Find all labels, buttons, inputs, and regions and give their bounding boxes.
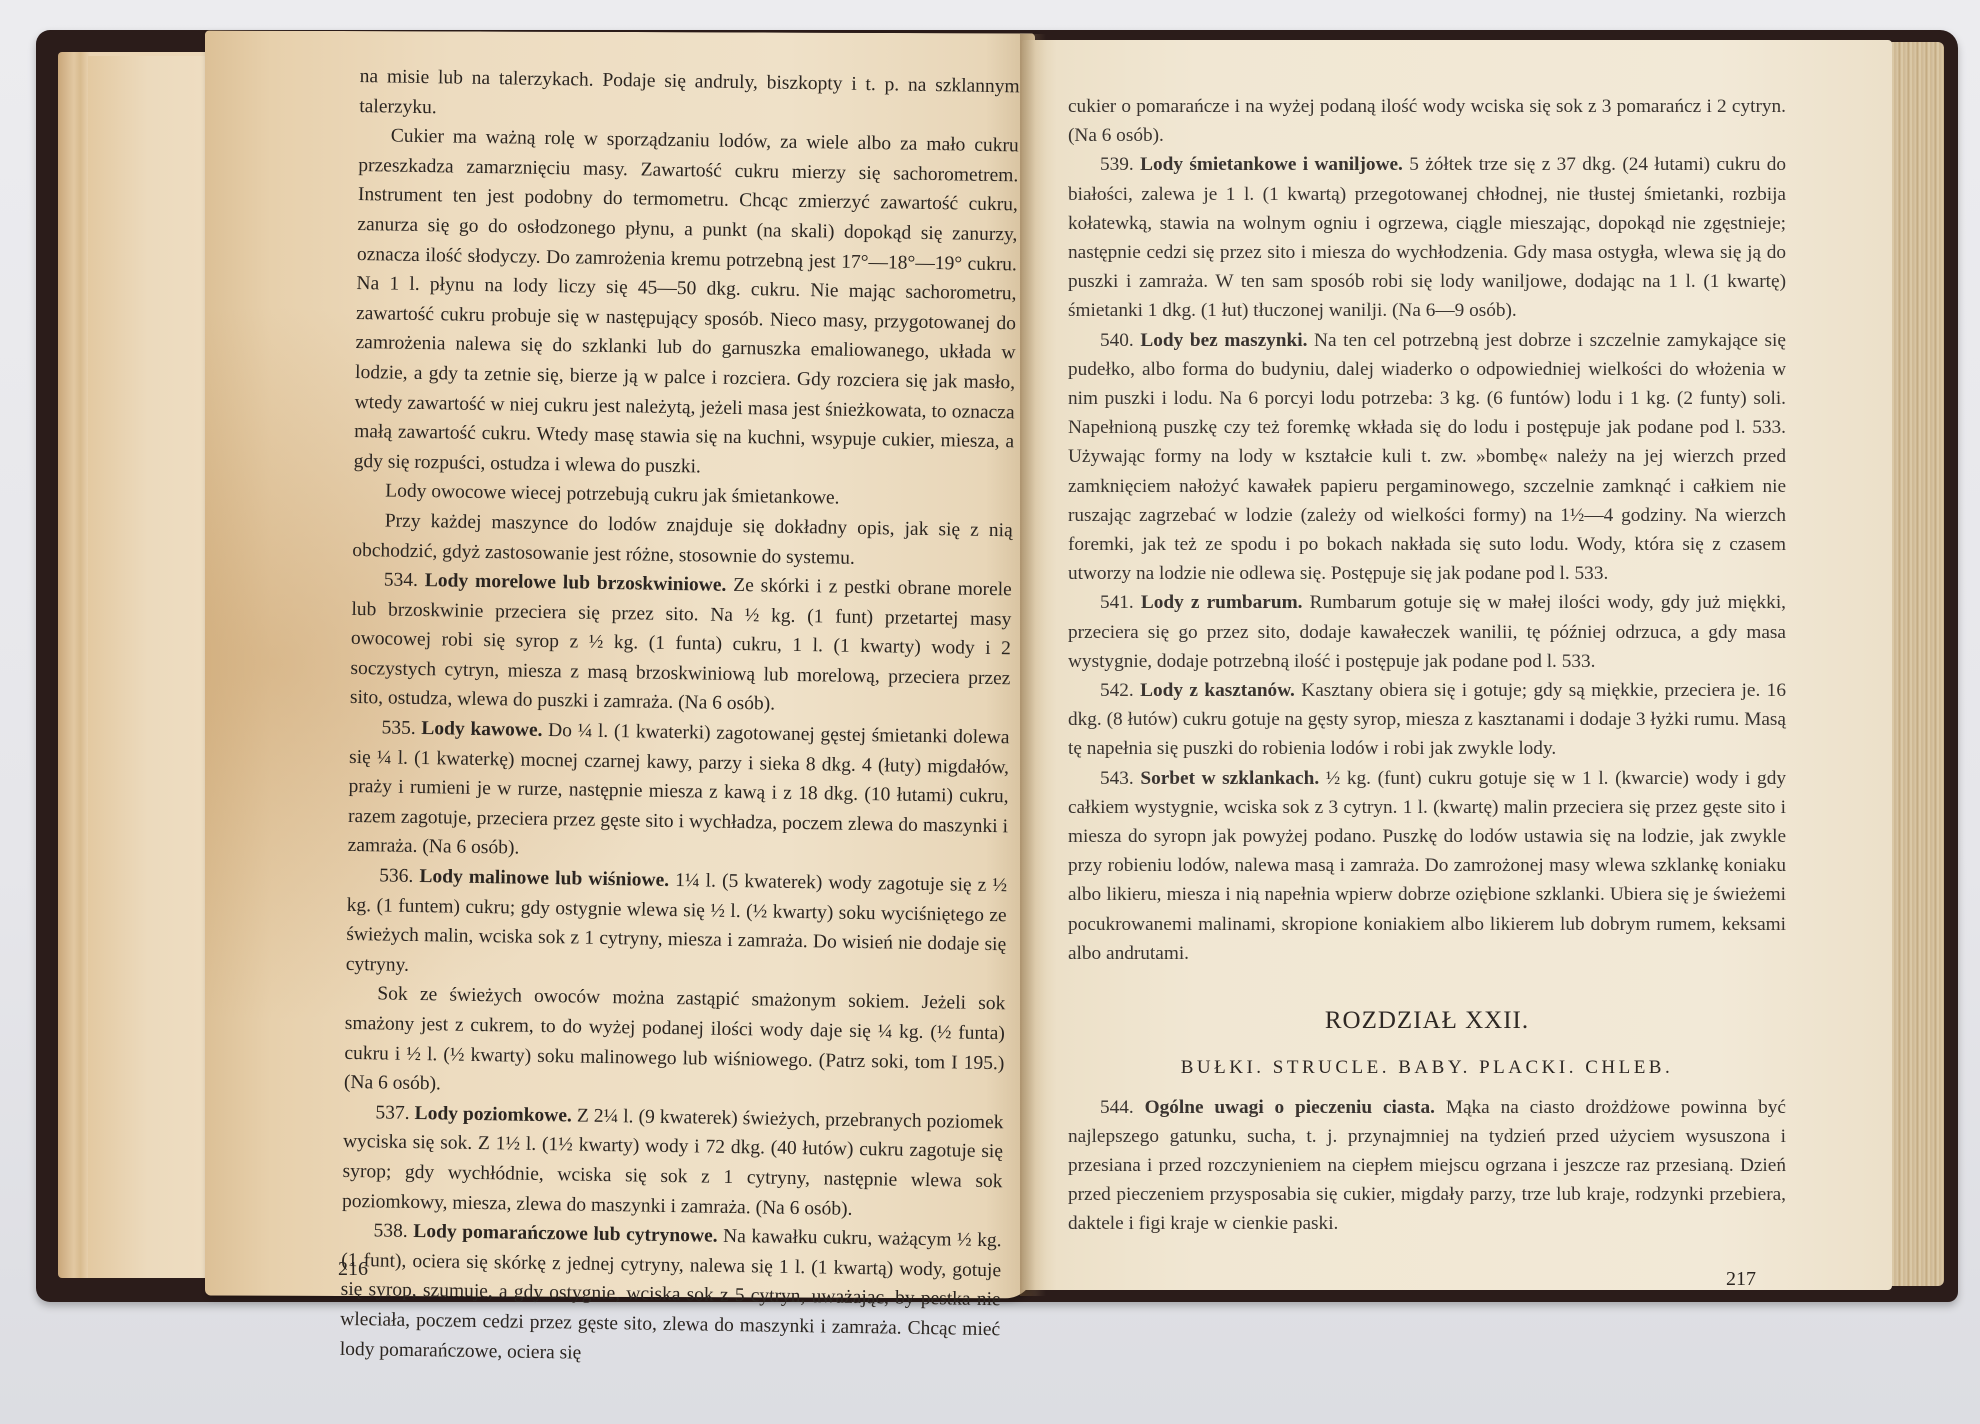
recipe-537: 537. Lody poziomkowe. Z 2¼ l. (9 kwatere… xyxy=(342,1098,1004,1227)
recipe-542: 542. Lody z kasztanów. Kasztany obiera s… xyxy=(1068,676,1786,764)
recipe-body: Ze skórki i z pestki obrane morele lub b… xyxy=(350,575,1012,715)
chapter-title: ROZDZIAŁ XXII. xyxy=(1068,1006,1786,1035)
chapter-subtitle: BUŁKI. STRUCLE. BABY. PLACKI. CHLEB. xyxy=(1068,1053,1786,1082)
recipe-heading: Lody śmietankowe i waniljowe. xyxy=(1140,154,1403,175)
right-page-text: cukier o pomarańcze i na wyżej podaną il… xyxy=(1068,92,1786,1239)
left-page-text: na misie lub na talerzykach. Podaje się … xyxy=(340,62,1020,1374)
recipe-534: 534. Lody morelowe lub brzoskwiniowe. Ze… xyxy=(350,565,1012,723)
recipe-number: 543. xyxy=(1100,768,1134,789)
recipe-heading: Lody z rumbarum. xyxy=(1141,592,1303,613)
recipe-body: Na ten cel potrzebną jest dobrze i szcze… xyxy=(1068,330,1786,585)
page-number-left: 216 xyxy=(338,1258,368,1281)
paragraph: Sok ze świeżych owoców można zastąpić sm… xyxy=(344,979,1006,1108)
recipe-number: 541. xyxy=(1100,592,1134,613)
recipe-heading: Lody malinowe lub wiśniowe. xyxy=(419,866,669,891)
recipe-number: 537. xyxy=(375,1102,409,1124)
page-number-right: 217 xyxy=(1726,1268,1756,1291)
recipe-number: 544. xyxy=(1100,1097,1134,1118)
recipe-541: 541. Lody z rumbarum. Rumbarum gotuje si… xyxy=(1068,588,1786,676)
recipe-heading: Lody z kasztanów. xyxy=(1140,680,1295,701)
recipe-number: 536. xyxy=(379,865,413,887)
recipe-539: 539. Lody śmietankowe i waniljowe. 5 żół… xyxy=(1068,150,1786,325)
recipe-number: 538. xyxy=(373,1221,407,1243)
paragraph: na misie lub na talerzykach. Podaje się … xyxy=(359,62,1020,132)
recipe-body: Do ¼ l. (1 kwaterki) zagotowanej gęstej … xyxy=(348,720,1010,859)
paragraph: cukier o pomarańcze i na wyżej podaną il… xyxy=(1068,92,1786,150)
recipe-540: 540. Lody bez maszynki. Na ten cel potrz… xyxy=(1068,326,1786,589)
book-photo: na misie lub na talerzykach. Podaje się … xyxy=(0,0,1980,1424)
recipe-number: 535. xyxy=(381,717,415,739)
book-gutter xyxy=(1020,34,1046,1296)
paragraph: Cukier ma ważną rolę w sporządzaniu lodó… xyxy=(353,121,1018,486)
recipe-544: 544. Ogólne uwagi o pieczeniu ciasta. Mą… xyxy=(1068,1093,1786,1239)
recipe-heading: Ogólne uwagi o pieczeniu ciasta. xyxy=(1145,1097,1435,1118)
recipe-538: 538. Lody pomarańczowe lub cytrynowe. Na… xyxy=(340,1216,1002,1374)
recipe-543: 543. Sorbet w szklankach. ½ kg. (funt) c… xyxy=(1068,764,1786,968)
recipe-body: ½ kg. (funt) cukru gotuje się w 1 l. (kw… xyxy=(1068,768,1786,964)
recipe-number: 540. xyxy=(1100,330,1134,351)
recipe-535: 535. Lody kawowe. Do ¼ l. (1 kwaterki) z… xyxy=(347,713,1009,871)
page-stack-right xyxy=(1886,42,1944,1286)
recipe-heading: Lody poziomkowe. xyxy=(414,1103,572,1126)
recipe-heading: Lody pomarańczowe lub cytrynowe. xyxy=(413,1221,718,1247)
recipe-536: 536. Lody malinowe lub wiśniowe. 1¼ l. (… xyxy=(346,861,1008,990)
recipe-body: 5 żółtek trze się z 37 dkg. (24 łutami) … xyxy=(1068,154,1786,321)
recipe-heading: Lody morelowe lub brzoskwiniowe. xyxy=(425,570,727,596)
recipe-heading: Lody kawowe. xyxy=(421,718,542,741)
recipe-number: 539. xyxy=(1100,154,1134,175)
recipe-number: 534. xyxy=(384,570,418,592)
recipe-heading: Sorbet w szklankach. xyxy=(1140,768,1319,789)
recipe-number: 542. xyxy=(1100,680,1134,701)
paragraph: Przy każdej maszynce do lodów znajduje s… xyxy=(352,506,1013,576)
recipe-heading: Lody bez maszynki. xyxy=(1140,330,1307,351)
recipe-body: Na kawałku cukru, ważącym ½ kg. (1 funt)… xyxy=(340,1226,1002,1363)
